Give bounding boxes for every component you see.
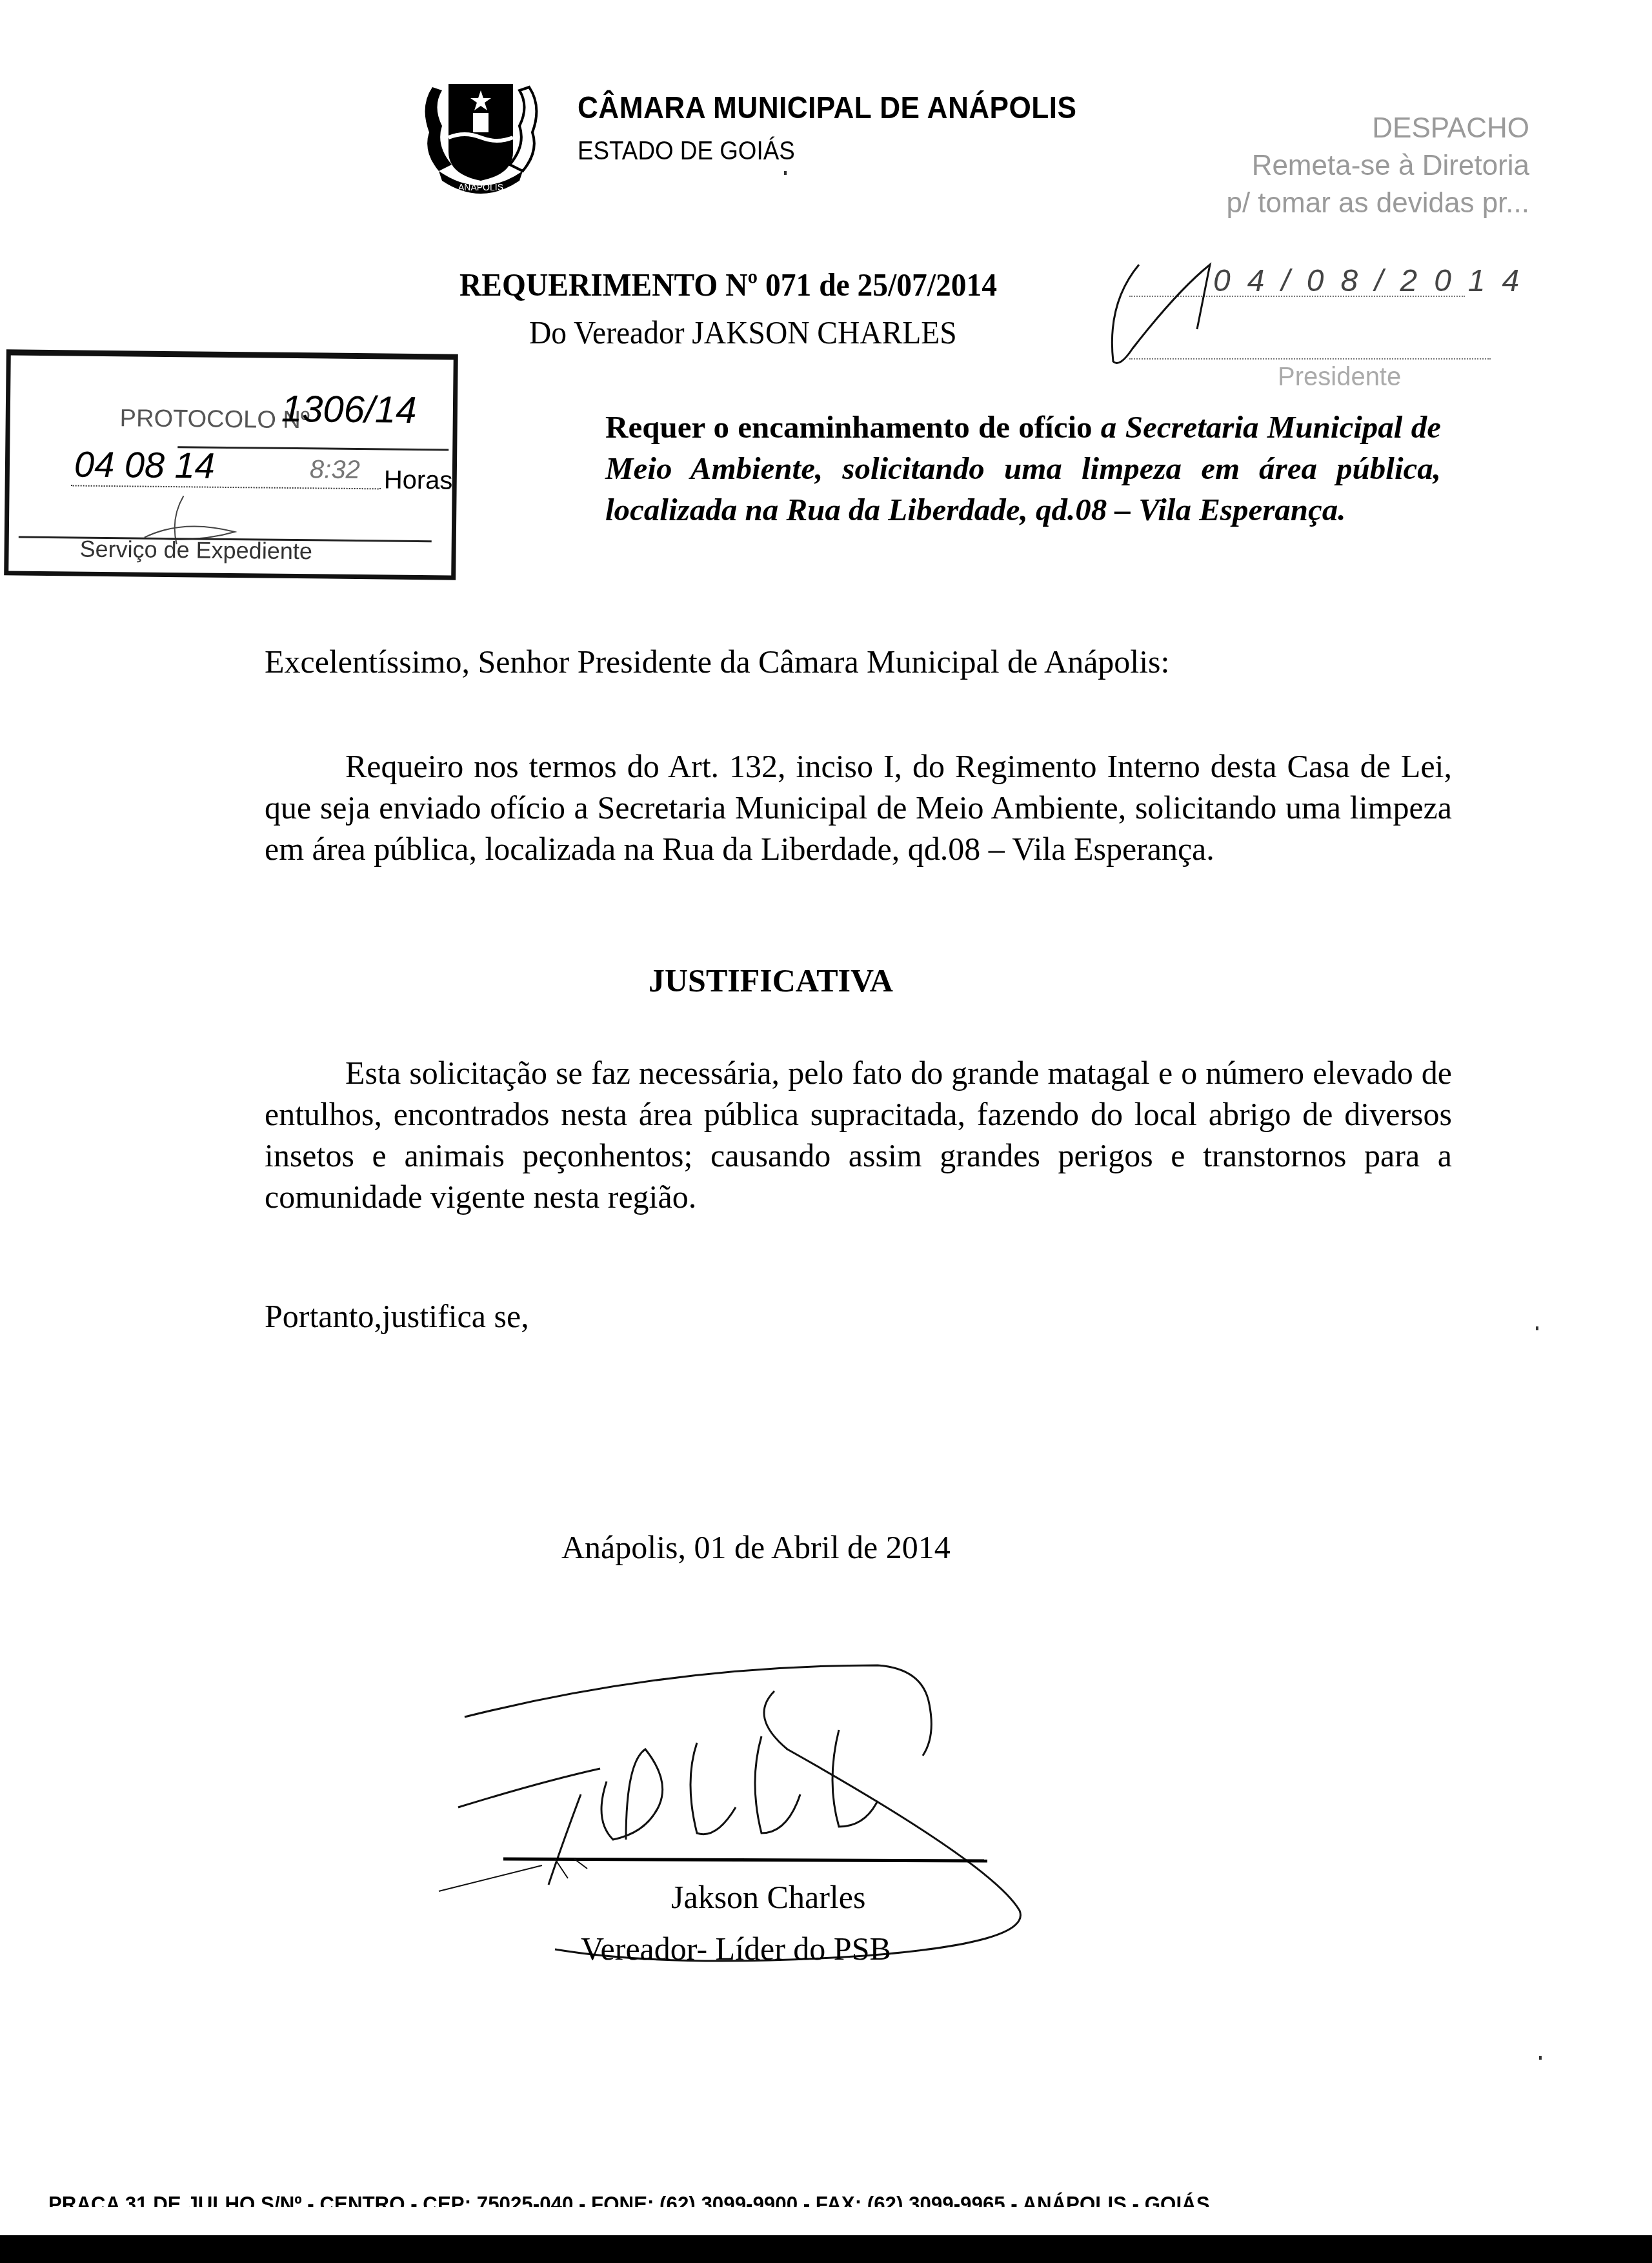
organization-state: ESTADO DE GOIÁS xyxy=(578,137,795,166)
scan-speck xyxy=(784,171,787,175)
justification-heading: JUSTIFICATIVA xyxy=(649,962,893,999)
salutation: Excelentíssimo, Senhor Presidente da Câm… xyxy=(265,643,1169,680)
closing-line: Portanto,justifica se, xyxy=(265,1297,529,1335)
despacho-title: DESPACHO xyxy=(1207,110,1529,147)
signer-name: Jakson Charles xyxy=(671,1878,865,1916)
despacho-line: Remeta-se à Diretoria xyxy=(1207,147,1529,185)
signer-role: Vereador- Líder do PSB xyxy=(581,1930,891,1967)
svg-text:ANÁPOLIS: ANÁPOLIS xyxy=(458,182,503,192)
despacho-signer-label: Presidente xyxy=(1278,363,1401,392)
protocol-department: Serviço de Expediente xyxy=(79,536,312,565)
request-summary: Requer o encaminhamento de ofício a Secr… xyxy=(605,407,1441,531)
municipal-coat-of-arms-icon: ANÁPOLIS xyxy=(413,61,549,203)
protocol-number-underline xyxy=(177,446,448,451)
request-title: REQUERIMENTO Nº 071 de 25/07/2014 xyxy=(459,266,997,303)
scan-speck xyxy=(1539,2056,1542,2060)
request-paragraph: Requeiro nos termos do Art. 132, inciso … xyxy=(265,746,1452,869)
despacho-line: p/ tomar as devidas pr... xyxy=(1207,185,1529,222)
summary-bold-text: Requer o encaminhamento de ofício xyxy=(605,409,1093,445)
protocol-hours-label: Horas xyxy=(384,465,453,495)
protocol-date-underline xyxy=(71,485,381,489)
protocol-number: 1306/14 xyxy=(281,387,417,432)
protocol-time: 8:32 xyxy=(310,455,360,485)
request-author: Do Vereador JAKSON CHARLES xyxy=(529,314,957,351)
scan-border xyxy=(0,2235,1652,2263)
president-signature-icon xyxy=(1100,252,1294,374)
place-and-date: Anápolis, 01 de Abril de 2014 xyxy=(561,1528,951,1566)
despacho-stamp: DESPACHO Remeta-se à Diretoria p/ tomar … xyxy=(1207,110,1529,222)
organization-name: CÂMARA MUNICIPAL DE ANÁPOLIS xyxy=(578,90,1076,126)
footer-address: PRAÇA 31 DE JULHO S/Nº - CENTRO - CEP: 7… xyxy=(48,2190,1210,2207)
protocol-date: 04 08 14 xyxy=(74,443,216,486)
protocol-stamp: PROTOCOLO Nº 1306/14 04 08 14 8:32 Horas… xyxy=(4,349,458,580)
justification-paragraph: Esta solicitação se faz necessária, pelo… xyxy=(265,1052,1452,1217)
scan-speck xyxy=(1536,1326,1538,1330)
